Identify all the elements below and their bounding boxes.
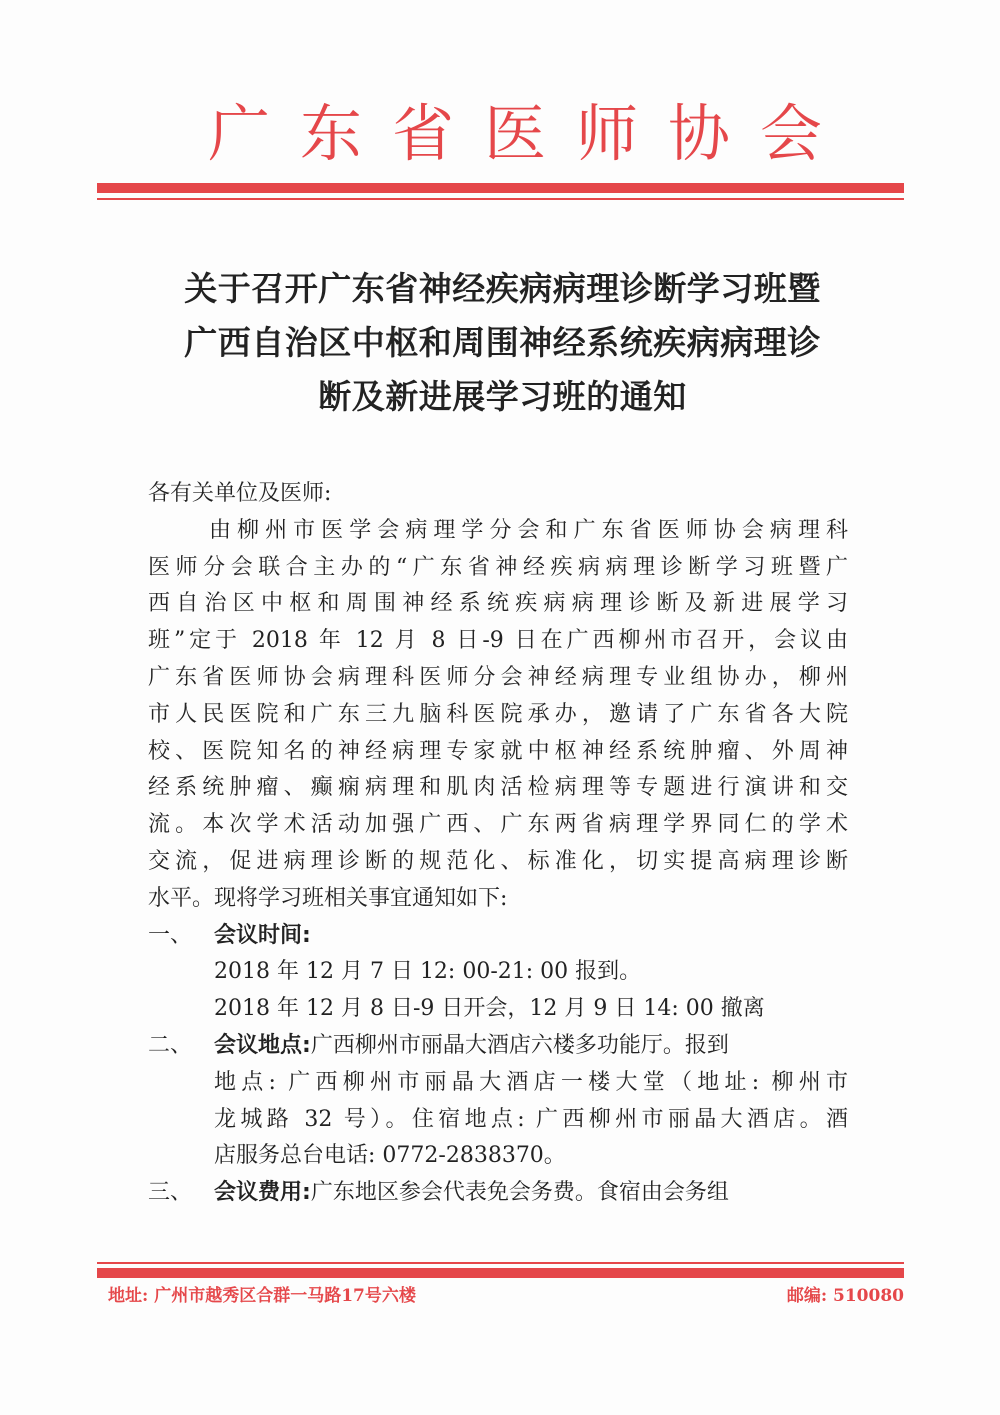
letterhead-organization-name: 广东省医师协会 (100, 96, 930, 172)
document-page: 广东省医师协会 关于召开广东省神经疾病病理诊断学习班暨 广西自治区中枢和周围神经… (0, 0, 1000, 1415)
intro-line: 班”定于 2018 年 12 月 8 日-9 日在广西柳州市召开，会议由 (148, 623, 848, 660)
footer-thin-rule (97, 1262, 904, 1264)
item-number: 三、 (148, 1175, 214, 1212)
notice-title-line: 广西自治区中枢和周围神经系统疾病病理诊 (145, 316, 860, 370)
item-meeting-venue-line: 龙城路 32 号）。住宿地点: 广西柳州市丽晶大酒店。酒 (148, 1102, 848, 1139)
item-meeting-time-line: 2018 年 12 月 7 日 12: 00-21: 00 报到。 (148, 954, 848, 991)
item-label: 会议时间: (214, 923, 311, 948)
item-meeting-fees-heading: 三、会议费用:广东地区参会代表免会务费。食宿由会务组 (148, 1175, 848, 1212)
intro-line: 水平。现将学习班相关事宜通知如下: (148, 881, 848, 918)
intro-line: 西自治区中枢和周围神经系统疾病病理诊断及新进展学习 (148, 586, 848, 623)
item-meeting-time-heading: 一、会议时间: (148, 918, 848, 955)
letterhead-thick-rule (97, 183, 904, 193)
item-number: 一、 (148, 918, 214, 955)
intro-line: 流。本次学术活动加强广西、广东两省病理学界同仁的学术 (148, 807, 848, 844)
intro-line: 经系统肿瘤、癫痫病理和肌肉活检病理等专题进行演讲和交 (148, 770, 848, 807)
footer-address: 地址: 广州市越秀区合群一马路17号六楼 (108, 1281, 416, 1306)
salutation: 各有关单位及医师: (148, 476, 848, 513)
notice-title: 关于召开广东省神经疾病病理诊断学习班暨 广西自治区中枢和周围神经系统疾病病理诊 … (145, 262, 860, 424)
item-number: 二、 (148, 1028, 214, 1065)
intro-line: 校、医院知名的神经病理专家就中枢神经系统肿瘤、外周神 (148, 734, 848, 771)
intro-line: 由柳州市医学会病理学分会和广东省医师协会病理科 (148, 513, 848, 550)
notice-body: 各有关单位及医师: 由柳州市医学会病理学分会和广东省医师协会病理科 医师分会联合… (148, 476, 848, 1212)
footer-postcode: 邮编: 510080 (787, 1281, 904, 1306)
footer-thick-rule (97, 1268, 904, 1278)
item-meeting-venue-line: 地点: 广西柳州市丽晶大酒店一楼大堂（地址: 柳州市 (148, 1065, 848, 1102)
item-meeting-venue-line: 店服务总台电话: 0772-2838370。 (148, 1138, 848, 1175)
notice-title-line: 关于召开广东省神经疾病病理诊断学习班暨 (145, 262, 860, 316)
notice-title-line: 断及新进展学习班的通知 (145, 370, 860, 424)
intro-line: 交流，促进病理诊断的规范化、标准化，切实提高病理诊断 (148, 844, 848, 881)
letterhead-thin-rule (97, 198, 904, 200)
item-text: 广西柳州市丽晶大酒店六楼多功能厅。报到 (311, 1033, 729, 1058)
item-label: 会议地点: (214, 1033, 311, 1058)
item-meeting-time-line: 2018 年 12 月 8 日-9 日开会，12 月 9 日 14: 00 撤离 (148, 991, 848, 1028)
intro-line: 市人民医院和广东三九脑科医院承办，邀请了广东省各大院 (148, 697, 848, 734)
item-text: 广东地区参会代表免会务费。食宿由会务组 (311, 1180, 729, 1205)
intro-line: 广东省医师协会病理科医师分会神经病理专业组协办，柳州 (148, 660, 848, 697)
item-meeting-venue-heading: 二、会议地点:广西柳州市丽晶大酒店六楼多功能厅。报到 (148, 1028, 848, 1065)
item-label: 会议费用: (214, 1180, 311, 1205)
intro-line: 医师分会联合主办的“广东省神经疾病病理诊断学习班暨广 (148, 550, 848, 587)
